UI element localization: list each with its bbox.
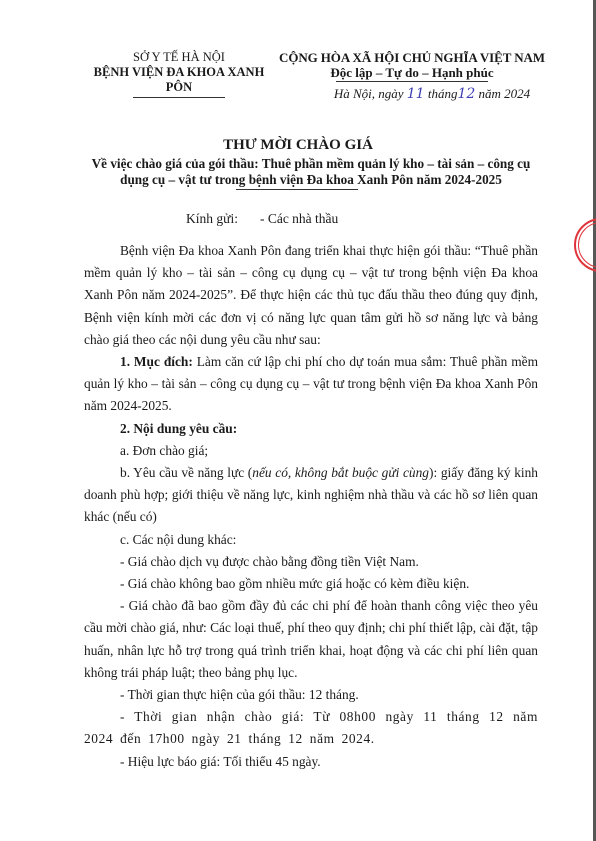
- date-mid: tháng: [425, 86, 458, 101]
- country-name: CỘNG HÒA XÃ HỘI CHỦ NGHĨA VIỆT NAM: [262, 50, 562, 65]
- item-b-prefix: b. Yêu cầu về năng lực (: [120, 465, 252, 480]
- list-item: - Hiệu lực báo giá: Tối thiểu 45 ngày.: [84, 751, 538, 773]
- list-item: - Thời gian thực hiện của gói thầu: 12 t…: [84, 684, 538, 706]
- recipient-value: - Các nhà thầu: [260, 211, 338, 226]
- date-day-handwritten: 11: [407, 86, 425, 102]
- item-a: a. Đơn chào giá;: [84, 440, 538, 462]
- national-motto-block: CỘNG HÒA XÃ HỘI CHỦ NGHĨA VIỆT NAM Độc l…: [262, 50, 562, 102]
- motto: Độc lập – Tự do – Hạnh phúc: [262, 65, 562, 80]
- item-b-italic: nếu có, không bắt buộc gửi cùng: [252, 465, 429, 480]
- document-date: Hà Nội, ngày 11 tháng12 năm 2024: [302, 86, 562, 102]
- department-name: SỞ Y TẾ HÀ NỘI: [86, 50, 272, 65]
- section-1-purpose: 1. Mục đích: Làm căn cứ lập chi phí cho …: [84, 351, 538, 418]
- hospital-name: BỆNH VIỆN ĐA KHOA XANH PÔN: [86, 65, 272, 95]
- recipient-line: Kính gửi:- Các nhà thầu: [186, 211, 338, 227]
- list-item: - Giá chào dịch vụ được chào bằng đồng t…: [84, 551, 538, 573]
- subtitle-underline: [236, 189, 358, 190]
- section-2-heading: 2. Nội dung yêu cầu:: [84, 418, 538, 440]
- list-item: - Thời gian nhận chào giá: Từ 08h00 ngày…: [84, 706, 538, 750]
- motto-underline: [336, 81, 488, 82]
- recipient-label: Kính gửi:: [186, 211, 238, 226]
- document-subtitle: Về việc chào giá của gói thầu: Thuê phần…: [82, 156, 540, 190]
- intro-paragraph: Bệnh viện Đa khoa Xanh Pôn đang triển kh…: [84, 240, 538, 351]
- issuer-underline: [133, 97, 225, 98]
- issuer-block: SỞ Y TẾ HÀ NỘI BỆNH VIỆN ĐA KHOA XANH PÔ…: [86, 50, 272, 98]
- date-prefix: Hà Nội, ngày: [334, 86, 407, 101]
- date-month-handwritten: 12: [457, 86, 475, 102]
- red-seal-stamp-icon: [572, 218, 596, 274]
- list-item: - Giá chào không bao gồm nhiều mức giá h…: [84, 573, 538, 595]
- list-item: - Giá chào đã bao gồm đầy đủ các chi phí…: [84, 595, 538, 684]
- document-page: SỞ Y TẾ HÀ NỘI BỆNH VIỆN ĐA KHOA XANH PÔ…: [0, 0, 596, 841]
- section-1-heading: 1. Mục đích:: [120, 354, 193, 369]
- document-title: THƯ MỜI CHÀO GIÁ: [0, 137, 596, 154]
- item-b: b. Yêu cầu về năng lực (nếu có, không bắ…: [84, 462, 538, 529]
- document-body: Bệnh viện Đa khoa Xanh Pôn đang triển kh…: [84, 240, 538, 773]
- subtitle-text: Về việc chào giá của gói thầu: Thuê phần…: [82, 156, 540, 188]
- date-suffix: năm 2024: [475, 86, 530, 101]
- item-c: c. Các nội dung khác:: [84, 529, 538, 551]
